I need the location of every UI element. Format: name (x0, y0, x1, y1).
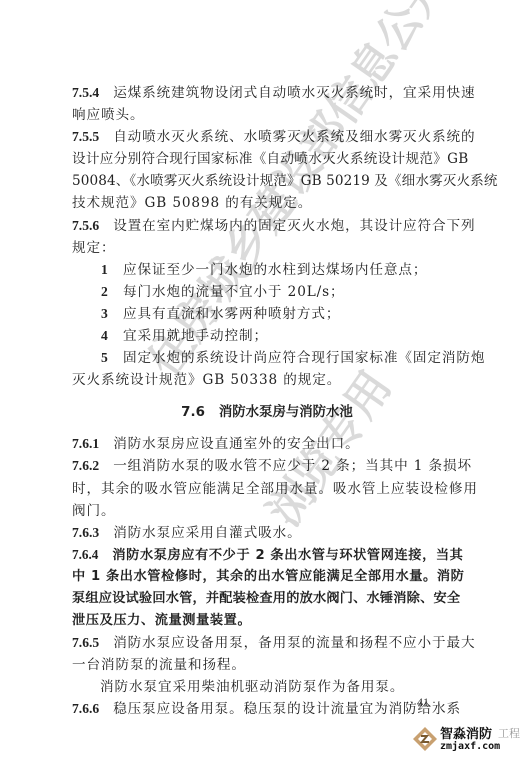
clause-7-6-2: 7.6.2一组消防水泵的吸水管不应少于 2 条；当其中 1 条损坏 时，其余的吸… (72, 455, 462, 521)
clause-number: 7.5.4 (72, 85, 99, 100)
clause-text: 运煤系统建筑物设闭式自动喷水灭火系统时，宜采用快速 (113, 85, 475, 101)
document-page: 7.5.4运煤系统建筑物设闭式自动喷水灭火系统时，宜采用快速 响应喷头。 7.5… (72, 82, 462, 721)
site-logo: 智淼消防 工程 zmjaxf.com (412, 722, 528, 762)
list-item: 5固定水炮的系统设计尚应符合现行国家标准《固定消防炮 (72, 347, 462, 369)
section-title: 消防水泵房与消防水池 (219, 405, 353, 420)
logo-name: 智淼消防 (440, 723, 492, 742)
clause-text: 阀门。 (72, 500, 462, 522)
clause-text: 技术规范》GB 50898 的有关规定。 (72, 192, 462, 214)
clause-number: 7.6.3 (72, 525, 99, 540)
list-item: 2每门水炮的流量不宜小于 20L/s； (72, 281, 462, 303)
page-number: · 41 · (410, 695, 436, 710)
clause-text: 一组消防水泵的吸水管不应少于 2 条；当其中 1 条损坏 (113, 458, 472, 474)
list-item: 3应具有直流和水雾两种喷射方式； (72, 303, 462, 325)
clause-7-6-6: 7.6.6稳压泵应设备用泵。稳压泵的设计流量宜为消防给水系 (72, 698, 462, 720)
list-item: 1应保证至少一门水炮的水柱到达煤场内任意点； (72, 259, 462, 281)
clause-text: 消防水泵房应有不少于 2 条出水管与环状管网连接，当其 (112, 548, 463, 563)
clause-number: 7.6.5 (72, 635, 99, 650)
clause-text: 泄压及压力、流量测量装置。 (72, 610, 462, 632)
clause-text: 消防水泵房应设直通室外的安全出口。 (113, 436, 359, 452)
clause-text: 消防水泵应采用自灌式吸水。 (113, 525, 301, 541)
clause-text: 中 1 条出水管检修时，其余的出水管应能满足全部用水量。消防 (72, 566, 462, 588)
clause-text: 泵组应设试验回水管，并配装检查用的放水阀门、水锤消除、安全 (72, 588, 462, 610)
logo-diamond-icon (412, 726, 438, 752)
clause-text: 响应喷头。 (72, 104, 462, 126)
section-number: 7.6 (181, 405, 205, 420)
clause-number: 7.6.2 (72, 458, 99, 473)
clause-7-6-4: 7.6.4消防水泵房应有不少于 2 条出水管与环状管网连接，当其 中 1 条出水… (72, 544, 462, 632)
section-heading: 7.6 消防水泵房与消防水池 (72, 402, 462, 424)
clause-text: 设计应分别符合现行国家标准《自动喷水灭火系统设计规范》GB (72, 148, 462, 170)
clause-text: 自动喷水灭火系统、水喷雾灭火系统及细水雾灭火系统的 (113, 129, 475, 145)
clause-7-5-4: 7.5.4运煤系统建筑物设闭式自动喷水灭火系统时，宜采用快速 响应喷头。 (72, 82, 462, 126)
clause-text: 时，其余的吸水管应能满足全部用水量。吸水管上应装设检修用 (72, 478, 462, 500)
clause-text: 消防水泵应设备用泵，备用泵的流量和扬程不应小于最大 (113, 635, 475, 651)
clause-7-5-6: 7.5.6设置在室内贮煤场内的固定灭火水炮，其设计应符合下列 规定： 1应保证至… (72, 215, 462, 392)
clause-text: 设置在室内贮煤场内的固定灭火水炮，其设计应符合下列 (113, 218, 475, 234)
clause-text: 一台消防泵的流量和扬程。 (72, 654, 462, 676)
clause-number: 7.6.1 (72, 436, 99, 451)
logo-suffix: 工程 (498, 725, 520, 741)
clause-number: 7.5.6 (72, 218, 99, 233)
clause-text: 稳压泵应设备用泵。稳压泵的设计流量宜为消防给水系 (113, 701, 461, 717)
logo-url: zmjaxf.com (440, 741, 500, 752)
clause-7-6-3: 7.6.3消防水泵应采用自灌式吸水。 (72, 522, 462, 544)
clause-number: 7.6.4 (72, 547, 98, 562)
clause-number: 7.6.6 (72, 701, 99, 716)
list-item-continuation: 灭火系统设计规范》GB 50338 的规定。 (72, 369, 462, 391)
clause-7-5-5: 7.5.5自动喷水灭火系统、水喷雾灭火系统及细水雾灭火系统的 设计应分别符合现行… (72, 126, 462, 214)
clause-text: 消防水泵宜采用柴油机驱动消防泵作为备用泵。 (72, 676, 462, 698)
list-item: 4宜采用就地手动控制； (72, 325, 462, 347)
clause-7-6-5: 7.6.5消防水泵应设备用泵，备用泵的流量和扬程不应小于最大 一台消防泵的流量和… (72, 632, 462, 698)
clause-text: 规定： (72, 237, 462, 259)
clause-text: 50084、《水喷雾灭火系统设计规范》GB 50219 及《细水雾灭火系统 (72, 170, 462, 192)
clause-number: 7.5.5 (72, 129, 99, 144)
clause-7-6-1: 7.6.1消防水泵房应设直通室外的安全出口。 (72, 433, 462, 455)
